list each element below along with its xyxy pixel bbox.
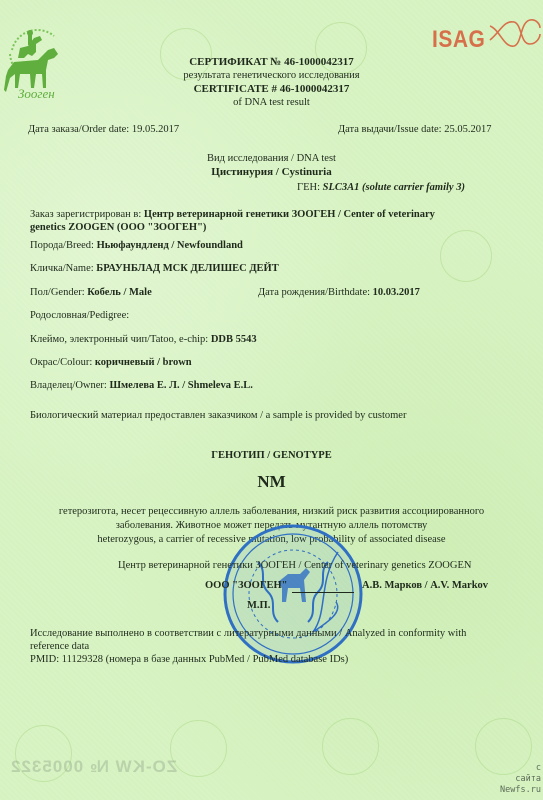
site-watermark-line: сайта <box>500 774 541 785</box>
site-watermark: с сайта Newfs.ru <box>500 763 541 796</box>
certificate-title-en: CERTIFICATE # 46-1000042317 <box>0 83 543 95</box>
site-watermark-line: Newfs.ru <box>500 785 541 796</box>
registered-value-line1: Центр ветеринарной генетики ЗООГЕН / Cen… <box>144 209 435 220</box>
gene-line: ГЕН: SLC3A1 (solute carrier family 3) <box>297 182 465 193</box>
registered-label: Заказ зарегистрирован в: <box>30 209 144 220</box>
signature-org: ООО "ЗООГЕН" <box>205 580 288 591</box>
field-name: Кличка/Name: БРАУНБЛАД МСК ДЕЛИШЕС ДЕЙТ <box>30 263 279 274</box>
birthdate-label: Дата рождения/Birthdate: <box>258 287 373 298</box>
mirrored-serial-number: ZO-KW № 0005322 <box>10 757 177 777</box>
field-breed: Порода/Breed: Ньюфаундленд / Newfoundlan… <box>30 240 243 251</box>
dna-test-label: Вид исследования / DNA test <box>0 153 543 164</box>
certificate-title-ru: СЕРТИФИКАТ № 46-1000042317 <box>0 56 543 68</box>
reference-block: Исследование выполнено в соответствии с … <box>30 627 520 666</box>
reference-line1: Исследование выполнено в соответствии с … <box>30 627 520 640</box>
gene-label: ГЕН: <box>297 182 323 193</box>
gender-label: Пол/Gender: <box>30 287 87 298</box>
isag-logo: ISAG <box>432 14 542 60</box>
chip-label: Клеймо, электронный чип/Tatoo, e-chip: <box>30 334 211 345</box>
field-gender: Пол/Gender: Кобель / Male <box>30 287 152 298</box>
order-date: Дата заказа/Order date: 19.05.2017 <box>28 124 179 135</box>
watermark-flower <box>322 718 379 775</box>
owner-label: Владелец/Owner: <box>30 380 109 391</box>
field-colour: Окрас/Colour: коричневый / brown <box>30 357 192 368</box>
registered-value-line2: genetics ZOOGEN (ООО "ЗООГЕН") <box>30 222 206 233</box>
genotype-value: NM <box>0 472 543 492</box>
issue-date: Дата выдачи/Issue date: 25.05.2017 <box>338 124 491 135</box>
reference-line2: reference data <box>30 640 520 653</box>
owner-value: Шмелева Е. Л. / Shmeleva E.L. <box>109 380 252 391</box>
pedigree-label: Родословная/Pedigree: <box>30 310 129 321</box>
signature-line <box>292 592 354 593</box>
breed-value: Ньюфаундленд / Newfoundland <box>97 240 243 251</box>
name-label: Кличка/Name: <box>30 263 96 274</box>
isag-dna-logo-icon <box>486 14 542 54</box>
certificate-subtitle-en: of DNA test result <box>0 97 543 108</box>
reference-pmid: PMID: 11129328 (номера в базе данных Pub… <box>30 653 520 666</box>
name-value: БРАУНБЛАД МСК ДЕЛИШЕС ДЕЙТ <box>96 263 278 274</box>
sample-note: Биологический материал предоставлен зака… <box>30 410 406 421</box>
signature-signer: А.В. Марков / A.V. Markov <box>362 580 488 591</box>
watermark-flower <box>440 230 492 282</box>
field-birthdate: Дата рождения/Birthdate: 10.03.2017 <box>258 287 420 298</box>
dna-test-name: Цистинурия / Cystinuria <box>0 166 543 178</box>
signature-center: Центр ветеринарной генетики ЗООГЕН / Cen… <box>118 560 471 571</box>
colour-value: коричневый / brown <box>95 357 192 368</box>
registered-at: Заказ зарегистрирован в: Центр ветеринар… <box>30 208 470 234</box>
field-pedigree: Родословная/Pedigree: <box>30 310 129 321</box>
birthdate-value: 10.03.2017 <box>373 287 420 298</box>
watermark-flower <box>170 720 227 777</box>
genotype-heading: ГЕНОТИП / GENOTYPE <box>0 450 543 461</box>
gender-value: Кобель / Male <box>87 287 151 298</box>
gene-value: SLC3A1 (solute carrier family 3) <box>323 182 465 193</box>
seal-mark: М.П. <box>247 600 270 611</box>
field-owner: Владелец/Owner: Шмелева Е. Л. / Shmeleva… <box>30 380 253 391</box>
breed-label: Порода/Breed: <box>30 240 97 251</box>
isag-logo-text: ISAG <box>432 26 485 54</box>
site-watermark-line: с <box>500 763 541 774</box>
colour-label: Окрас/Colour: <box>30 357 95 368</box>
certificate-subtitle-ru: результата генетического исследования <box>0 70 543 81</box>
field-chip: Клеймо, электронный чип/Tatoo, e-chip: D… <box>30 334 257 345</box>
chip-value: DDB 5543 <box>211 334 257 345</box>
